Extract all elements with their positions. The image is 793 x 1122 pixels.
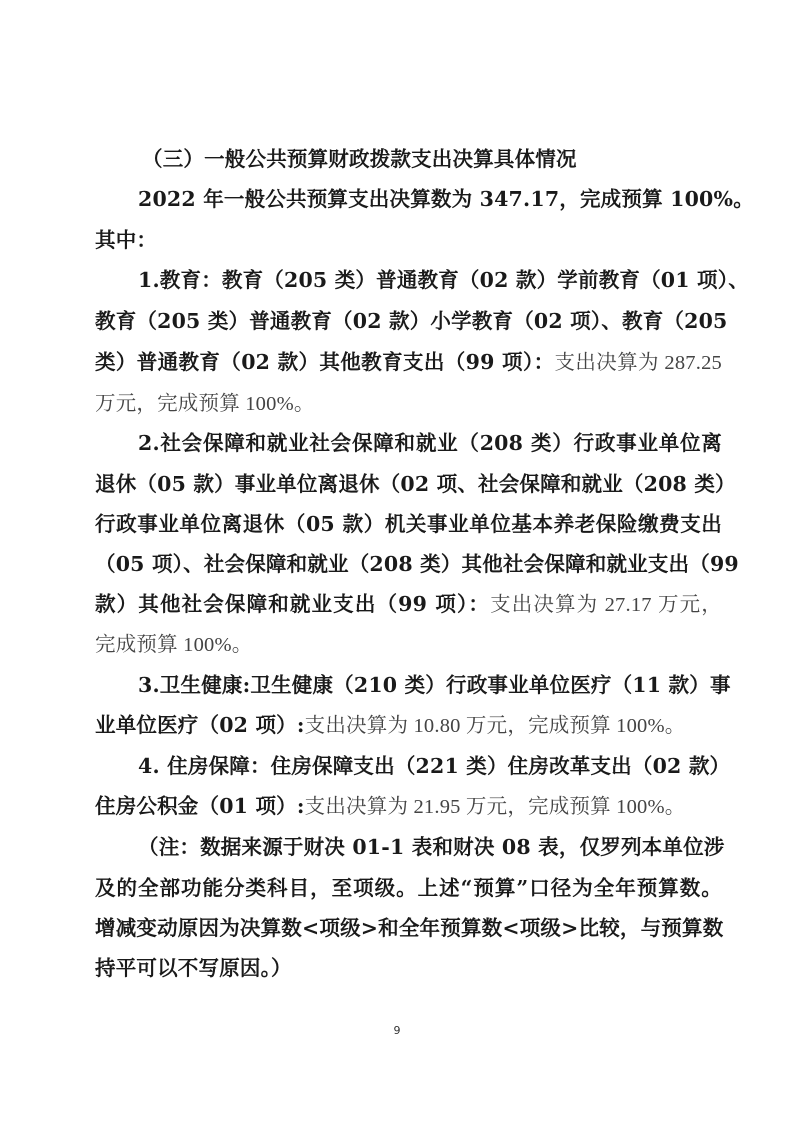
intro-line-1: 2022 年一般公共预算支出决算数为 347.17，完成预算 100%。 bbox=[138, 184, 722, 214]
item-4-line-2: 住房公积金（01 项）:支出决算为 21.95 万元，完成预算 100%。 bbox=[95, 791, 722, 821]
item-3-amount-text: 支出决算为 10.80 万元，完成预算 100%。 bbox=[305, 715, 686, 737]
item-2-line-3-text: 行政事业单位离退休（05 款）机关事业单位基本养老保险缴费支出 bbox=[95, 512, 722, 536]
item-1-line-3: 类）普通教育（02 款）其他教育支出（99 项）：支出决算为 287.25 bbox=[95, 347, 722, 377]
item-3-line-1: 3.卫生健康:卫生健康（210 类）行政事业单位医疗（11 款）事 bbox=[138, 670, 722, 700]
item-2-line-6: 完成预算 100%。 bbox=[95, 629, 722, 659]
item-2-line-1: 2.社会保障和就业社会保障和就业（208 类）行政事业单位离 bbox=[138, 428, 722, 458]
item-2-line-3: 行政事业单位离退休（05 款）机关事业单位基本养老保险缴费支出 bbox=[95, 509, 722, 539]
item-3-line-2: 业单位医疗（02 项）:支出决算为 10.80 万元，完成预算 100%。 bbox=[95, 710, 722, 740]
item-2-amount-text: 支出决算为 27.17 万元， bbox=[490, 594, 722, 616]
item-2-line-2: 退休（05 款）事业单位离退休（02 项、社会保障和就业（208 类） bbox=[95, 469, 722, 499]
item-1-line-1: 1.教育：教育（205 类）普通教育（02 款）学前教育（01 项）、 bbox=[138, 265, 722, 295]
item-2-line-5: 款）其他社会保障和就业支出（99 项）：支出决算为 27.17 万元， bbox=[95, 589, 722, 619]
item-1-line-2-text: 教育（205 类）普通教育（02 款）小学教育（02 项）、教育（205 bbox=[95, 309, 728, 333]
item-1-line-1-text: 1.教育：教育（205 类）普通教育（02 款）学前教育（01 项）、 bbox=[138, 268, 749, 292]
item-2-line-5-text: 款）其他社会保障和就业支出（99 项）： bbox=[95, 592, 490, 616]
item-2-line-4-text: （05 项）、社会保障和就业（208 类）其他社会保障和就业支出（99 bbox=[95, 552, 739, 576]
item-4-line-1: 4. 住房保障：住房保障支出（221 类）住房改革支出（02 款） bbox=[138, 751, 722, 781]
page-number: 9 bbox=[390, 1024, 404, 1037]
note-line-1: （注：数据来源于财决 01-1 表和财决 08 表，仅罗列本单位涉 bbox=[138, 832, 722, 862]
note-line-4: 持平可以不写原因。） bbox=[95, 953, 722, 983]
item-1-line-3-text: 类）普通教育（02 款）其他教育支出（99 项）： bbox=[95, 350, 554, 374]
item-2-line-2-text: 退休（05 款）事业单位离退休（02 项、社会保障和就业（208 类） bbox=[95, 472, 736, 496]
item-1-line-4: 万元，完成预算 100%。 bbox=[95, 388, 722, 418]
document-page: （三）一般公共预算财政拨款支出决算具体情况 2022 年一般公共预算支出决算数为… bbox=[0, 0, 793, 1122]
item-2-completion-text: 完成预算 100%。 bbox=[95, 634, 252, 656]
item-1-line-2: 教育（205 类）普通教育（02 款）小学教育（02 项）、教育（205 bbox=[95, 306, 722, 336]
note-line-2: 及的全部功能分类科目，至项级。上述“预算”口径为全年预算数。 bbox=[95, 873, 722, 903]
item-2-line-4: （05 项）、社会保障和就业（208 类）其他社会保障和就业支出（99 bbox=[95, 549, 722, 579]
item-1-completion-text: 万元，完成预算 100%。 bbox=[95, 393, 315, 415]
note-line-3: 增减变动原因为决算数<项级>和全年预算数<项级>比较，与预算数 bbox=[95, 913, 722, 943]
item-3-line-2-text: 业单位医疗（02 项）: bbox=[95, 713, 305, 737]
item-4-line-1-text: 4. 住房保障：住房保障支出（221 类）住房改革支出（02 款） bbox=[138, 754, 730, 778]
item-3-line-1-text: 3.卫生健康:卫生健康（210 类）行政事业单位医疗（11 款）事 bbox=[138, 673, 731, 697]
item-2-line-1-text: 2.社会保障和就业社会保障和就业（208 类）行政事业单位离 bbox=[138, 431, 722, 455]
item-4-amount-text: 支出决算为 21.95 万元，完成预算 100%。 bbox=[305, 796, 686, 818]
section-heading: （三）一般公共预算财政拨款支出决算具体情况 bbox=[142, 144, 577, 174]
item-1-amount-text: 支出决算为 287.25 bbox=[554, 352, 722, 374]
intro-line-2: 其中： bbox=[95, 225, 722, 255]
item-4-line-2-text: 住房公积金（01 项）: bbox=[95, 794, 305, 818]
